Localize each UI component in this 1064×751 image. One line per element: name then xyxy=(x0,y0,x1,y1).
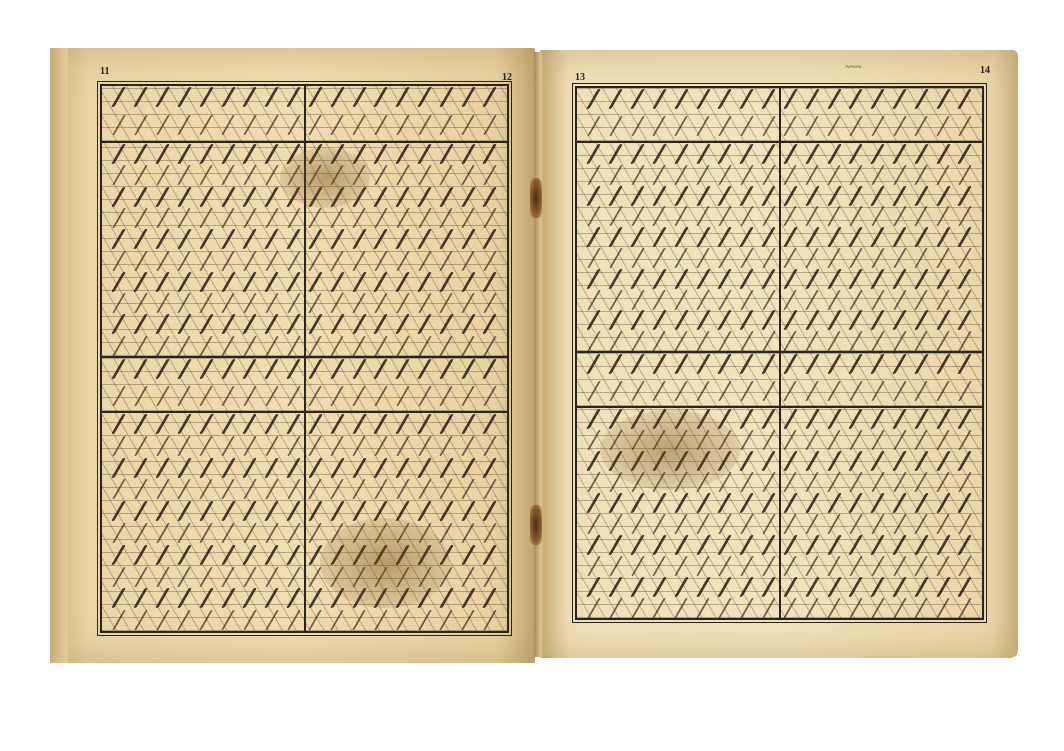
pen-stroke xyxy=(827,472,841,492)
pen-stroke xyxy=(374,314,389,334)
pen-stroke xyxy=(221,610,235,630)
pen-stroke xyxy=(352,610,366,630)
pen-stroke xyxy=(674,144,689,164)
pen-stroke xyxy=(440,386,454,406)
pen-stroke xyxy=(308,458,323,478)
pen-stroke xyxy=(330,336,344,356)
pen-stroke xyxy=(936,186,951,206)
pen-stroke xyxy=(915,430,929,450)
pen-stroke xyxy=(587,116,601,136)
pen-stroke xyxy=(936,248,950,268)
pen-stroke xyxy=(418,336,432,356)
pen-stroke xyxy=(631,514,645,534)
pen-stroke xyxy=(265,293,279,313)
pen-stroke xyxy=(740,430,754,450)
pen-stroke xyxy=(915,331,929,351)
pen-stroke xyxy=(784,331,798,351)
pen-stroke xyxy=(112,386,126,406)
pen-stroke xyxy=(696,493,711,513)
pen-stroke xyxy=(718,227,733,247)
pen-stroke xyxy=(199,545,214,565)
pen-stroke xyxy=(914,535,929,555)
pen-stroke xyxy=(177,458,192,478)
pen-stroke xyxy=(936,310,951,330)
ink-stain xyxy=(320,518,450,608)
pen-stroke xyxy=(417,144,432,164)
pen-stroke xyxy=(805,186,820,206)
pen-stroke xyxy=(308,501,323,521)
pen-stroke xyxy=(915,165,929,185)
pen-stroke xyxy=(243,386,257,406)
pen-stroke xyxy=(871,206,885,226)
pen-stroke xyxy=(631,116,645,136)
pen-stroke xyxy=(870,451,885,471)
pen-stroke xyxy=(653,290,667,310)
pen-stroke xyxy=(265,610,279,630)
pen-stroke xyxy=(265,251,279,271)
pen-stroke xyxy=(461,610,475,630)
pen-stroke xyxy=(156,251,170,271)
pen-stroke xyxy=(915,381,929,401)
pen-stroke xyxy=(870,409,885,429)
pen-stroke xyxy=(330,87,345,107)
pen-stroke xyxy=(461,115,475,135)
pen-stroke xyxy=(805,248,819,268)
pen-stroke xyxy=(740,116,754,136)
pen-stroke xyxy=(739,89,754,109)
pen-stroke xyxy=(761,89,776,109)
pen-stroke xyxy=(439,314,454,334)
pen-stroke xyxy=(330,458,345,478)
pen-stroke xyxy=(936,409,951,429)
pen-stroke xyxy=(827,89,842,109)
pen-stroke xyxy=(936,535,951,555)
pen-stroke xyxy=(893,514,907,534)
pen-stroke xyxy=(587,472,601,492)
pen-stroke xyxy=(243,501,258,521)
pen-stroke xyxy=(156,293,170,313)
ink-stain xyxy=(280,148,370,208)
pen-stroke xyxy=(396,293,410,313)
pen-stroke xyxy=(199,610,213,630)
pen-stroke xyxy=(784,430,798,450)
pen-stroke xyxy=(352,314,367,334)
pen-stroke xyxy=(483,144,498,164)
pen-stroke xyxy=(221,523,235,543)
pen-stroke xyxy=(352,436,366,456)
pen-stroke xyxy=(805,451,820,471)
pen-stroke xyxy=(936,472,950,492)
pen-stroke xyxy=(396,208,410,228)
pen-stroke xyxy=(221,208,235,228)
pen-stroke xyxy=(936,430,950,450)
pen-stroke xyxy=(461,251,475,271)
pen-stroke xyxy=(133,501,148,521)
pen-stroke xyxy=(221,229,236,249)
pen-stroke xyxy=(156,336,170,356)
pen-stroke xyxy=(783,269,798,289)
pen-stroke xyxy=(286,545,301,565)
pen-stroke xyxy=(199,501,214,521)
pen-stroke xyxy=(958,381,972,401)
pen-stroke xyxy=(418,293,432,313)
pen-stroke xyxy=(461,501,476,521)
pen-stroke xyxy=(483,272,498,292)
pen-stroke xyxy=(286,87,301,107)
pen-stroke xyxy=(483,436,497,456)
pen-stroke xyxy=(958,165,972,185)
pen-stroke xyxy=(112,336,126,356)
pen-stroke xyxy=(374,165,388,185)
pen-stroke xyxy=(608,269,623,289)
pen-stroke xyxy=(653,206,667,226)
pen-stroke xyxy=(199,229,214,249)
pen-stroke xyxy=(330,501,345,521)
pen-stroke xyxy=(264,187,279,207)
pen-stroke xyxy=(178,293,192,313)
pen-stroke xyxy=(936,354,951,374)
pen-stroke xyxy=(418,251,432,271)
pen-stroke xyxy=(483,588,498,608)
pen-stroke xyxy=(177,87,192,107)
pen-stroke xyxy=(308,272,323,292)
pen-stroke xyxy=(936,577,951,597)
pen-stroke xyxy=(696,535,711,555)
pen-stroke xyxy=(461,545,476,565)
pen-stroke xyxy=(849,577,864,597)
pen-stroke xyxy=(309,208,323,228)
practice-grid-right xyxy=(575,86,984,620)
pen-stroke xyxy=(483,414,498,434)
pen-stroke xyxy=(805,381,819,401)
pen-stroke xyxy=(417,229,432,249)
pen-stroke xyxy=(199,359,214,379)
pen-stroke xyxy=(178,610,192,630)
pen-stroke xyxy=(156,610,170,630)
pen-stroke xyxy=(892,227,907,247)
pen-stroke xyxy=(461,588,476,608)
pen-stroke xyxy=(587,430,601,450)
pen-stroke xyxy=(133,272,148,292)
pen-stroke xyxy=(718,556,732,576)
pen-stroke xyxy=(309,610,323,630)
pen-stroke xyxy=(287,610,301,630)
pen-stroke xyxy=(783,451,798,471)
pen-stroke xyxy=(134,567,148,587)
pen-stroke xyxy=(243,359,258,379)
pen-stroke xyxy=(631,290,645,310)
pen-stroke xyxy=(936,290,950,310)
pen-stroke xyxy=(133,414,148,434)
pen-stroke xyxy=(309,523,323,543)
pen-stroke xyxy=(374,208,388,228)
pen-stroke xyxy=(264,458,279,478)
pen-stroke xyxy=(155,314,170,334)
pen-stroke xyxy=(177,414,192,434)
pen-stroke xyxy=(892,577,907,597)
pen-stroke xyxy=(653,381,667,401)
pen-stroke xyxy=(631,598,645,618)
pen-stroke xyxy=(761,269,776,289)
pen-stroke xyxy=(374,610,388,630)
pen-stroke xyxy=(718,290,732,310)
pen-stroke xyxy=(156,165,170,185)
pen-stroke xyxy=(155,458,170,478)
pen-stroke xyxy=(609,165,623,185)
pen-stroke xyxy=(461,386,475,406)
pen-stroke xyxy=(155,501,170,521)
pen-stroke xyxy=(287,251,301,271)
pen-stroke xyxy=(674,556,688,576)
pen-stroke xyxy=(112,588,127,608)
pen-stroke xyxy=(112,187,127,207)
pen-stroke xyxy=(264,314,279,334)
pen-stroke xyxy=(221,87,236,107)
pen-stroke xyxy=(177,314,192,334)
pen-stroke xyxy=(199,588,214,608)
pen-stroke xyxy=(134,251,148,271)
pen-stroke xyxy=(608,227,623,247)
pen-stroke xyxy=(674,227,689,247)
pen-stroke xyxy=(134,336,148,356)
pen-stroke xyxy=(221,588,236,608)
pen-stroke xyxy=(199,523,213,543)
pen-stroke xyxy=(805,514,819,534)
pen-stroke xyxy=(762,248,776,268)
pen-stroke xyxy=(243,229,258,249)
pen-stroke xyxy=(156,523,170,543)
pen-stroke xyxy=(352,336,366,356)
pen-stroke xyxy=(587,165,601,185)
pen-stroke xyxy=(134,523,148,543)
pen-stroke xyxy=(893,206,907,226)
pen-stroke xyxy=(696,381,710,401)
pen-stroke xyxy=(395,87,410,107)
pen-stroke xyxy=(892,409,907,429)
pen-stroke xyxy=(893,430,907,450)
pen-stroke xyxy=(330,436,344,456)
pen-stroke xyxy=(483,501,498,521)
pen-stroke xyxy=(587,331,601,351)
pen-stroke xyxy=(696,248,710,268)
pen-stroke xyxy=(243,272,258,292)
pen-stroke xyxy=(221,115,235,135)
pen-stroke xyxy=(739,577,754,597)
pen-stroke xyxy=(915,248,929,268)
pen-stroke xyxy=(265,115,279,135)
pen-stroke xyxy=(652,227,667,247)
pen-stroke xyxy=(915,598,929,618)
pen-stroke xyxy=(587,89,602,109)
pen-stroke xyxy=(395,229,410,249)
pen-stroke xyxy=(827,514,841,534)
pen-stroke xyxy=(309,336,323,356)
pen-stroke xyxy=(762,116,776,136)
pen-stroke xyxy=(652,186,667,206)
pen-stroke xyxy=(483,386,497,406)
pen-stroke xyxy=(587,514,601,534)
pen-stroke xyxy=(871,165,885,185)
pen-stroke xyxy=(395,414,410,434)
pen-stroke xyxy=(696,290,710,310)
pen-stroke xyxy=(330,386,344,406)
pen-stroke xyxy=(805,493,820,513)
pen-stroke xyxy=(587,598,601,618)
pen-stroke xyxy=(199,293,213,313)
pen-stroke xyxy=(784,514,798,534)
pen-stroke xyxy=(308,229,323,249)
pen-stroke xyxy=(440,336,454,356)
pen-stroke xyxy=(134,115,148,135)
pen-stroke xyxy=(243,479,257,499)
pen-stroke xyxy=(674,248,688,268)
pen-stroke xyxy=(287,293,301,313)
pen-stroke xyxy=(352,479,366,499)
pen-stroke xyxy=(439,272,454,292)
pen-stroke xyxy=(265,386,279,406)
pen-stroke xyxy=(674,577,689,597)
pen-stroke xyxy=(762,556,776,576)
pen-stroke xyxy=(199,314,214,334)
pen-stroke xyxy=(892,451,907,471)
pen-stroke xyxy=(849,430,863,450)
pen-stroke xyxy=(653,165,667,185)
pen-stroke xyxy=(264,144,279,164)
pen-stroke xyxy=(395,314,410,334)
pen-stroke xyxy=(652,269,667,289)
pen-stroke xyxy=(112,314,127,334)
pen-stroke xyxy=(652,354,667,374)
pen-stroke xyxy=(587,409,602,429)
pen-stroke xyxy=(483,229,498,249)
pen-stroke xyxy=(309,386,323,406)
pen-stroke xyxy=(762,430,776,450)
pen-stroke xyxy=(761,186,776,206)
pen-stroke xyxy=(177,588,192,608)
pen-stroke xyxy=(440,610,454,630)
pen-stroke xyxy=(630,535,645,555)
pen-stroke xyxy=(653,116,667,136)
pen-stroke xyxy=(630,310,645,330)
pen-stroke xyxy=(178,567,192,587)
pen-stroke xyxy=(264,545,279,565)
pen-stroke xyxy=(243,187,258,207)
pen-stroke xyxy=(936,144,951,164)
page-edge xyxy=(50,48,68,663)
pen-stroke xyxy=(870,186,885,206)
pen-stroke xyxy=(440,115,454,135)
pen-stroke xyxy=(265,567,279,587)
pen-stroke xyxy=(133,87,148,107)
pen-stroke xyxy=(221,314,236,334)
pen-stroke xyxy=(696,331,710,351)
pen-stroke xyxy=(587,354,602,374)
pen-stroke xyxy=(221,501,236,521)
pen-stroke xyxy=(461,414,476,434)
pen-stroke xyxy=(630,227,645,247)
pen-stroke xyxy=(936,451,951,471)
pen-stroke xyxy=(718,331,732,351)
pen-stroke xyxy=(674,598,688,618)
pen-stroke xyxy=(936,556,950,576)
pen-stroke xyxy=(958,514,972,534)
pen-stroke xyxy=(221,386,235,406)
pen-stroke xyxy=(440,479,454,499)
pen-stroke xyxy=(739,186,754,206)
pen-stroke xyxy=(849,310,864,330)
pen-stroke xyxy=(608,577,623,597)
pen-stroke xyxy=(374,414,389,434)
pen-stroke xyxy=(221,144,236,164)
pen-stroke xyxy=(630,186,645,206)
pen-stroke xyxy=(783,89,798,109)
pen-stroke xyxy=(221,359,236,379)
pen-stroke xyxy=(674,186,689,206)
pen-stroke xyxy=(653,248,667,268)
pen-stroke xyxy=(958,493,973,513)
pen-stroke xyxy=(352,115,366,135)
pen-stroke xyxy=(674,381,688,401)
pen-stroke xyxy=(418,479,432,499)
pen-stroke xyxy=(608,144,623,164)
pen-stroke xyxy=(264,359,279,379)
pen-stroke xyxy=(461,436,475,456)
pen-stroke xyxy=(936,206,950,226)
pen-stroke xyxy=(309,436,323,456)
pen-stroke xyxy=(178,336,192,356)
pen-stroke xyxy=(177,545,192,565)
pen-stroke xyxy=(827,381,841,401)
pen-stroke xyxy=(352,272,367,292)
pen-stroke xyxy=(761,493,776,513)
pen-stroke xyxy=(417,272,432,292)
pen-stroke xyxy=(396,251,410,271)
pen-stroke xyxy=(827,186,842,206)
pen-stroke xyxy=(112,293,126,313)
pen-stroke xyxy=(177,229,192,249)
pen-stroke xyxy=(892,535,907,555)
pen-stroke xyxy=(652,493,667,513)
pen-stroke xyxy=(915,290,929,310)
pen-stroke xyxy=(674,165,688,185)
pen-stroke xyxy=(199,165,213,185)
pen-stroke xyxy=(696,116,710,136)
pen-stroke xyxy=(827,535,842,555)
pen-stroke xyxy=(740,206,754,226)
pen-stroke xyxy=(587,556,601,576)
pen-stroke xyxy=(133,187,148,207)
pen-stroke xyxy=(587,451,602,471)
pen-stroke xyxy=(264,501,279,521)
pen-stroke xyxy=(330,314,345,334)
pen-stroke xyxy=(696,577,711,597)
pen-stroke xyxy=(221,479,235,499)
pen-stroke xyxy=(674,116,688,136)
pen-stroke xyxy=(330,359,345,379)
pen-stroke xyxy=(330,208,344,228)
pen-stroke xyxy=(739,409,754,429)
pen-stroke xyxy=(178,251,192,271)
pen-stroke xyxy=(958,354,973,374)
pen-stroke xyxy=(112,115,126,135)
pen-stroke xyxy=(718,598,732,618)
pen-stroke xyxy=(893,248,907,268)
pen-stroke xyxy=(177,501,192,521)
pen-stroke xyxy=(221,165,235,185)
pen-stroke xyxy=(674,331,688,351)
pen-stroke xyxy=(133,458,148,478)
pen-stroke xyxy=(155,144,170,164)
